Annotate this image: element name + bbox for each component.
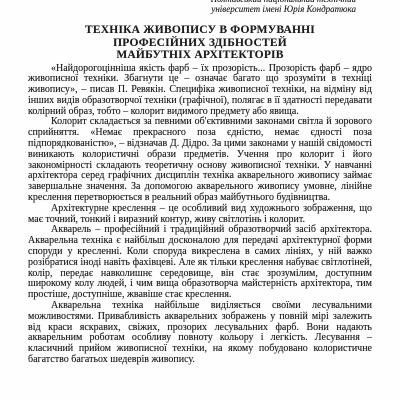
page-title-line2: ПРОФЕСІЙНИХ ЗДІБНОСТЕЙ xyxy=(30,37,370,50)
paragraph-3: Архітектурне креслення – це особливий ви… xyxy=(28,204,372,226)
paragraph-1: «Найдорогоцінніша якість фарб – їх прозо… xyxy=(28,64,372,118)
paragraph-4: Акварель – професійний і традиційний обр… xyxy=(28,225,372,301)
page-title: ТЕХНІКА ЖИВОПИСУ В ФОРМУВАННІ ПРОФЕСІЙНИ… xyxy=(30,24,370,62)
document-body: «Найдорогоцінніша якість фарб – їх прозо… xyxy=(28,64,372,366)
page-title-line1: ТЕХНІКА ЖИВОПИСУ В ФОРМУВАННІ xyxy=(30,24,370,37)
paragraph-2: Колорит складається за певними об'єктивн… xyxy=(28,117,372,203)
page-title-line3: МАЙБУТНІХ АРХІТЕКТОРІВ xyxy=(30,49,370,62)
university-header: Полтавський національний технічний уніве… xyxy=(211,0,356,14)
university-header-line2: університет імені Юрія Кондратюка xyxy=(211,4,356,14)
paragraph-5: Акварельна техніка найбільше виділяється… xyxy=(28,301,372,366)
document-page: Полтавський національний технічний уніве… xyxy=(0,0,400,400)
